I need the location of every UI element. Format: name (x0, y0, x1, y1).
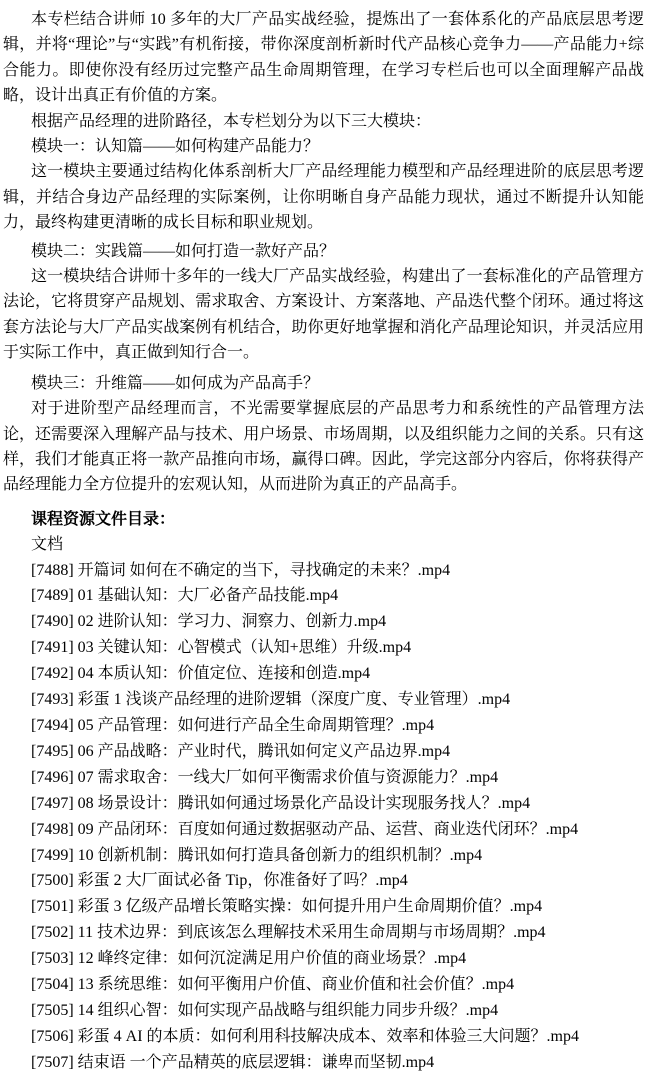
module-2-title: 模块二：实践篇——如何打造一款好产品？ (3, 239, 644, 264)
file-list-item: [7503] 12 峰终定律：如何沉淀满足用户价值的商业场景？.mp4 (3, 946, 644, 972)
file-list-item: [7490] 02 进阶认知：学习力、洞察力、创新力.mp4 (3, 609, 644, 635)
file-list-item: [7500] 彩蛋 2 大厂面试必备 Tip，你准备好了吗？.mp4 (3, 868, 644, 894)
module-3-title: 模块三：升维篇——如何成为产品高手？ (3, 371, 644, 396)
file-list-item: [7499] 10 创新机制：腾讯如何打造具备创新力的组织机制？.mp4 (3, 843, 644, 869)
file-list-item: [7488] 开篇词 如何在不确定的当下，寻找确定的未来？.mp4 (3, 558, 644, 584)
file-list-item: [7492] 04 本质认知：价值定位、连接和创造.mp4 (3, 661, 644, 687)
module-3-description: 对于进阶型产品经理而言，不光需要掌握底层的产品思考力和系统性的产品管理方法论，还… (3, 396, 644, 498)
modules-lead-paragraph: 根据产品经理的进阶路径，本专栏划分为以下三大模块： (3, 109, 644, 134)
file-list-item: [7501] 彩蛋 3 亿级产品增长策略实操：如何提升用户生命周期价值？.mp4 (3, 894, 644, 920)
module-1-description: 这一模块主要通过结构化体系剖析大厂产品经理能力模型和产品经理进阶的底层思考逻辑，… (3, 159, 644, 235)
file-list-item: [7505] 14 组织心智：如何实现产品战略与组织能力同步升级？.mp4 (3, 998, 644, 1024)
file-list-item: [7497] 08 场景设计：腾讯如何通过场景化产品设计实现服务找人？.mp4 (3, 791, 644, 817)
file-list-item: [7493] 彩蛋 1 浅谈产品经理的进阶逻辑（深度广度、专业管理）.mp4 (3, 687, 644, 713)
file-list: [7488] 开篇词 如何在不确定的当下，寻找确定的未来？.mp4 [7489]… (3, 558, 644, 1076)
file-list-item: [7494] 05 产品管理：如何进行产品全生命周期管理？.mp4 (3, 713, 644, 739)
file-list-item: [7491] 03 关键认知：心智模式（认知+思维）升级.mp4 (3, 635, 644, 661)
catalog-heading: 课程资源文件目录： (3, 507, 644, 532)
file-list-item: [7495] 06 产品战略：产业时代，腾讯如何定义产品边界.mp4 (3, 739, 644, 765)
file-list-item: [7504] 13 系统思维：如何平衡用户价值、商业价值和社会价值？.mp4 (3, 972, 644, 998)
file-list-item: [7498] 09 产品闭环：百度如何通过数据驱动产品、运营、商业迭代闭环？.m… (3, 817, 644, 843)
course-description-document: 本专栏结合讲师 10 多年的大厂产品实战经验，提炼出了一套体系化的产品底层思考逻… (0, 0, 650, 1076)
module-1-title: 模块一：认知篇——如何构建产品能力？ (3, 134, 644, 159)
file-list-item: [7507] 结束语 一个产品精英的底层逻辑：谦卑而坚韧.mp4 (3, 1050, 644, 1076)
module-2-description: 这一模块结合讲师十多年的一线大厂产品实战经验，构建出了一套标准化的产品管理方法论… (3, 264, 644, 366)
file-list-item: [7489] 01 基础认知：大厂必备产品技能.mp4 (3, 583, 644, 609)
file-list-item: [7506] 彩蛋 4 AI 的本质：如何利用科技解决成本、效率和体验三大问题？… (3, 1024, 644, 1050)
intro-paragraph: 本专栏结合讲师 10 多年的大厂产品实战经验，提炼出了一套体系化的产品底层思考逻… (3, 7, 644, 109)
file-list-item: [7502] 11 技术边界：到底该怎么理解技术采用生命周期与市场周期？.mp4 (3, 920, 644, 946)
file-list-item: [7496] 07 需求取舍：一线大厂如何平衡需求价值与资源能力？.mp4 (3, 765, 644, 791)
catalog-subheading: 文档 (3, 532, 644, 557)
